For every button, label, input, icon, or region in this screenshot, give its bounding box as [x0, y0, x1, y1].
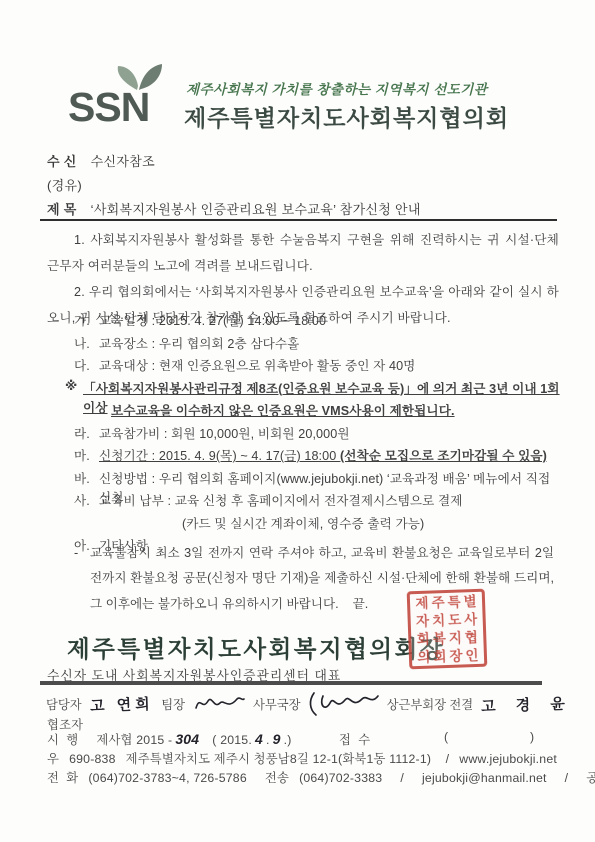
document-number-prefix: 제사협 2015 -	[96, 730, 172, 748]
item-ga-text: 교육일정 : 2015. 4. 27(월) 14:00 ~ 18:00	[99, 310, 560, 329]
item-ra-text: 교육참가비 : 회원 10,000원, 비회원 20,000원	[99, 423, 560, 442]
zip-code: 690-838	[69, 752, 116, 766]
execution-label: 시 행	[47, 730, 78, 748]
execution-date-open: ( 2015.	[212, 733, 252, 747]
via-label: (경유)	[47, 178, 82, 193]
item-list: 가. 교육일정 : 2015. 4. 27(월) 14:00 ~ 18:00 나…	[74, 310, 560, 558]
approval-row: 담당자 고 연희 팀장 사무국장 상근부회장 전결 고 경 윤	[46, 691, 558, 717]
address-row: 우 690-838 제주특별자치도 제주시 청풍남8길 12-1(화북1동 11…	[47, 749, 557, 767]
thick-divider	[40, 681, 542, 685]
logo-org-name: 제주특별자치도사회복지협의회	[184, 100, 509, 133]
item-ma-bold: (선착순 모집으로 조기마감될 수 있음)	[340, 449, 547, 463]
item-sa-label: 사.	[74, 490, 99, 509]
receipt-paren-open: (	[444, 730, 448, 744]
list-item-sa-cont: (카드 및 실시간 계좌이체, 영수증 출력 가능)	[74, 513, 560, 536]
staff-name-handwriting: 고 연희	[89, 692, 153, 715]
secretary-general-label: 사무국장	[253, 695, 301, 713]
stamp-row-3: 회복지협	[413, 629, 481, 646]
recipient-label: 수 신	[47, 154, 77, 169]
list-item-sa: 사. 교육비 납부 : 교육 신청 후 홈페이지에서 전자결제시스템으로 결제	[74, 490, 560, 513]
team-leader-signature-icon	[191, 693, 247, 715]
note-line-1: ※ 「사회복지자원봉사관리규정 제8조(인증요원 보수교육 등)」에 의거 최근…	[65, 378, 560, 401]
item-ga-label: 가.	[74, 310, 99, 329]
via-row: (경유)	[47, 175, 82, 194]
phone-label: 전 화	[47, 768, 78, 786]
document-number-handwriting: 304	[175, 731, 199, 747]
receipt-label: 접 수	[339, 730, 370, 748]
execution-date-close: .)	[284, 733, 292, 747]
execution-row: 시 행 제사협 2015 - 304 ( 2015. 4 . 9 .) 접 수 …	[47, 730, 557, 748]
item-ma-underlined: 신청기간 : 2015. 4. 9(목) ~ 4. 17(금) 18:00	[99, 449, 340, 463]
disclosure-status: 공개	[586, 768, 595, 786]
list-item-da: 다. 교육대상 : 현재 인증요원으로 위촉받아 활동 중인 자 40명	[74, 355, 560, 378]
stamp-row-4: 의회장인	[414, 647, 482, 664]
logo-tagline: 제주사회복지 가치를 창출하는 지역복지 선도기관	[186, 78, 487, 98]
vice-chair-label: 상근부회장 전결	[387, 695, 474, 713]
receipt-paren-close: )	[530, 730, 534, 744]
subject-row: 제 목‘사회복지자원봉사 인증관리요원 보수교육’ 참가신청 안내	[47, 199, 421, 218]
note-mark: ※	[65, 378, 83, 393]
disclosure-separator: /	[565, 771, 569, 785]
street-address: 제주특별자치도 제주시 청풍남8길 12-1(화북1동 1112-1)	[126, 749, 432, 767]
list-item-ga: 가. 교육일정 : 2015. 4. 27(월) 14:00 ~ 18:00	[74, 310, 560, 333]
logo-acronym: SSN	[68, 84, 149, 131]
official-seal-stamp-icon: 제주특별 자치도사 회복지협 의회장인	[407, 589, 488, 670]
item-ma-label: 마.	[74, 445, 99, 464]
item-ra-label: 라.	[74, 423, 99, 442]
execution-day-handwriting: 9	[273, 731, 281, 747]
note-text-2: 보수교육을 이수하지 않은 인증요원은 VMS사용이 제한됩니다.	[65, 400, 560, 419]
list-item-na: 나. 교육장소 : 우리 협의회 2층 삼다수홀	[74, 333, 560, 356]
item-na-text: 교육장소 : 우리 협의회 2층 삼다수홀	[99, 333, 560, 352]
item-na-label: 나.	[74, 333, 99, 352]
stamp-row-1: 제주특별	[412, 593, 480, 610]
item-sa-text: 교육비 납부 : 교육 신청 후 홈페이지에서 전자결제시스템으로 결제	[99, 490, 560, 509]
list-item-ra: 라. 교육참가비 : 회원 10,000원, 비회원 20,000원	[74, 423, 560, 446]
note-line-2: 보수교육을 이수하지 않은 인증요원은 VMS사용이 제한됩니다.	[65, 400, 560, 423]
recipient-value: 수신자참조	[91, 154, 155, 169]
list-item-ba: 바. 신청방법 : 우리 협의회 홈페이지(www.jejubokji.net)…	[74, 468, 560, 491]
item-da-label: 다.	[74, 355, 99, 374]
etc-dash: -	[74, 541, 90, 617]
stamp-row-2: 자치도사	[413, 611, 481, 628]
subject-label: 제 목	[47, 202, 77, 217]
secretary-general-signature-icon	[307, 691, 381, 717]
fax-label: 전송	[265, 768, 289, 786]
vice-chair-name-handwriting: 고 경 윤	[481, 692, 573, 716]
recipient-row: 수 신수신자참조	[47, 151, 155, 170]
document-page: SSN 제주사회복지 가치를 창출하는 지역복지 선도기관 제주특별자치도사회복…	[0, 0, 595, 842]
execution-month-handwriting: 4	[255, 731, 263, 747]
subject-value: ‘사회복지자원봉사 인증관리요원 보수교육’ 참가신청 안내	[91, 202, 421, 217]
item-ma-text: 신청기간 : 2015. 4. 9(목) ~ 4. 17(금) 18:00 (선…	[99, 445, 560, 464]
email-address: jejubokji@hanmail.net	[422, 771, 547, 785]
zip-label: 우	[47, 749, 59, 767]
staff-label: 담당자	[46, 695, 82, 713]
phone-row: 전 화 (064)702-3783~4, 726-5786 전송 (064)70…	[47, 768, 557, 786]
item-da-text: 교육대상 : 현재 인증요원으로 위촉받아 활동 중인 자 40명	[99, 355, 560, 374]
paragraph-1: 1. 사회복지자원봉사 활성화를 통한 수눌음복지 구현을 위해 진력하시는 귀…	[47, 228, 559, 279]
item-sa-text-2: (카드 및 실시간 계좌이체, 영수증 출력 가능)	[74, 513, 560, 532]
website-separator: /	[446, 752, 450, 766]
end-mark: 끝.	[353, 597, 369, 611]
phone-numbers: (064)702-3783~4, 726-5786	[88, 771, 247, 785]
item-ba-label: 바.	[74, 468, 99, 487]
website-url: www.jejubokji.net	[459, 752, 557, 766]
fax-number: (064)702-3383	[299, 771, 382, 785]
email-separator: /	[400, 771, 404, 785]
list-item-ma: 마. 신청기간 : 2015. 4. 9(목) ~ 4. 17(금) 18:00…	[74, 445, 560, 468]
team-leader-label: 팀장	[161, 695, 185, 713]
header-divider	[40, 219, 557, 221]
execution-date-dot: .	[266, 733, 270, 747]
